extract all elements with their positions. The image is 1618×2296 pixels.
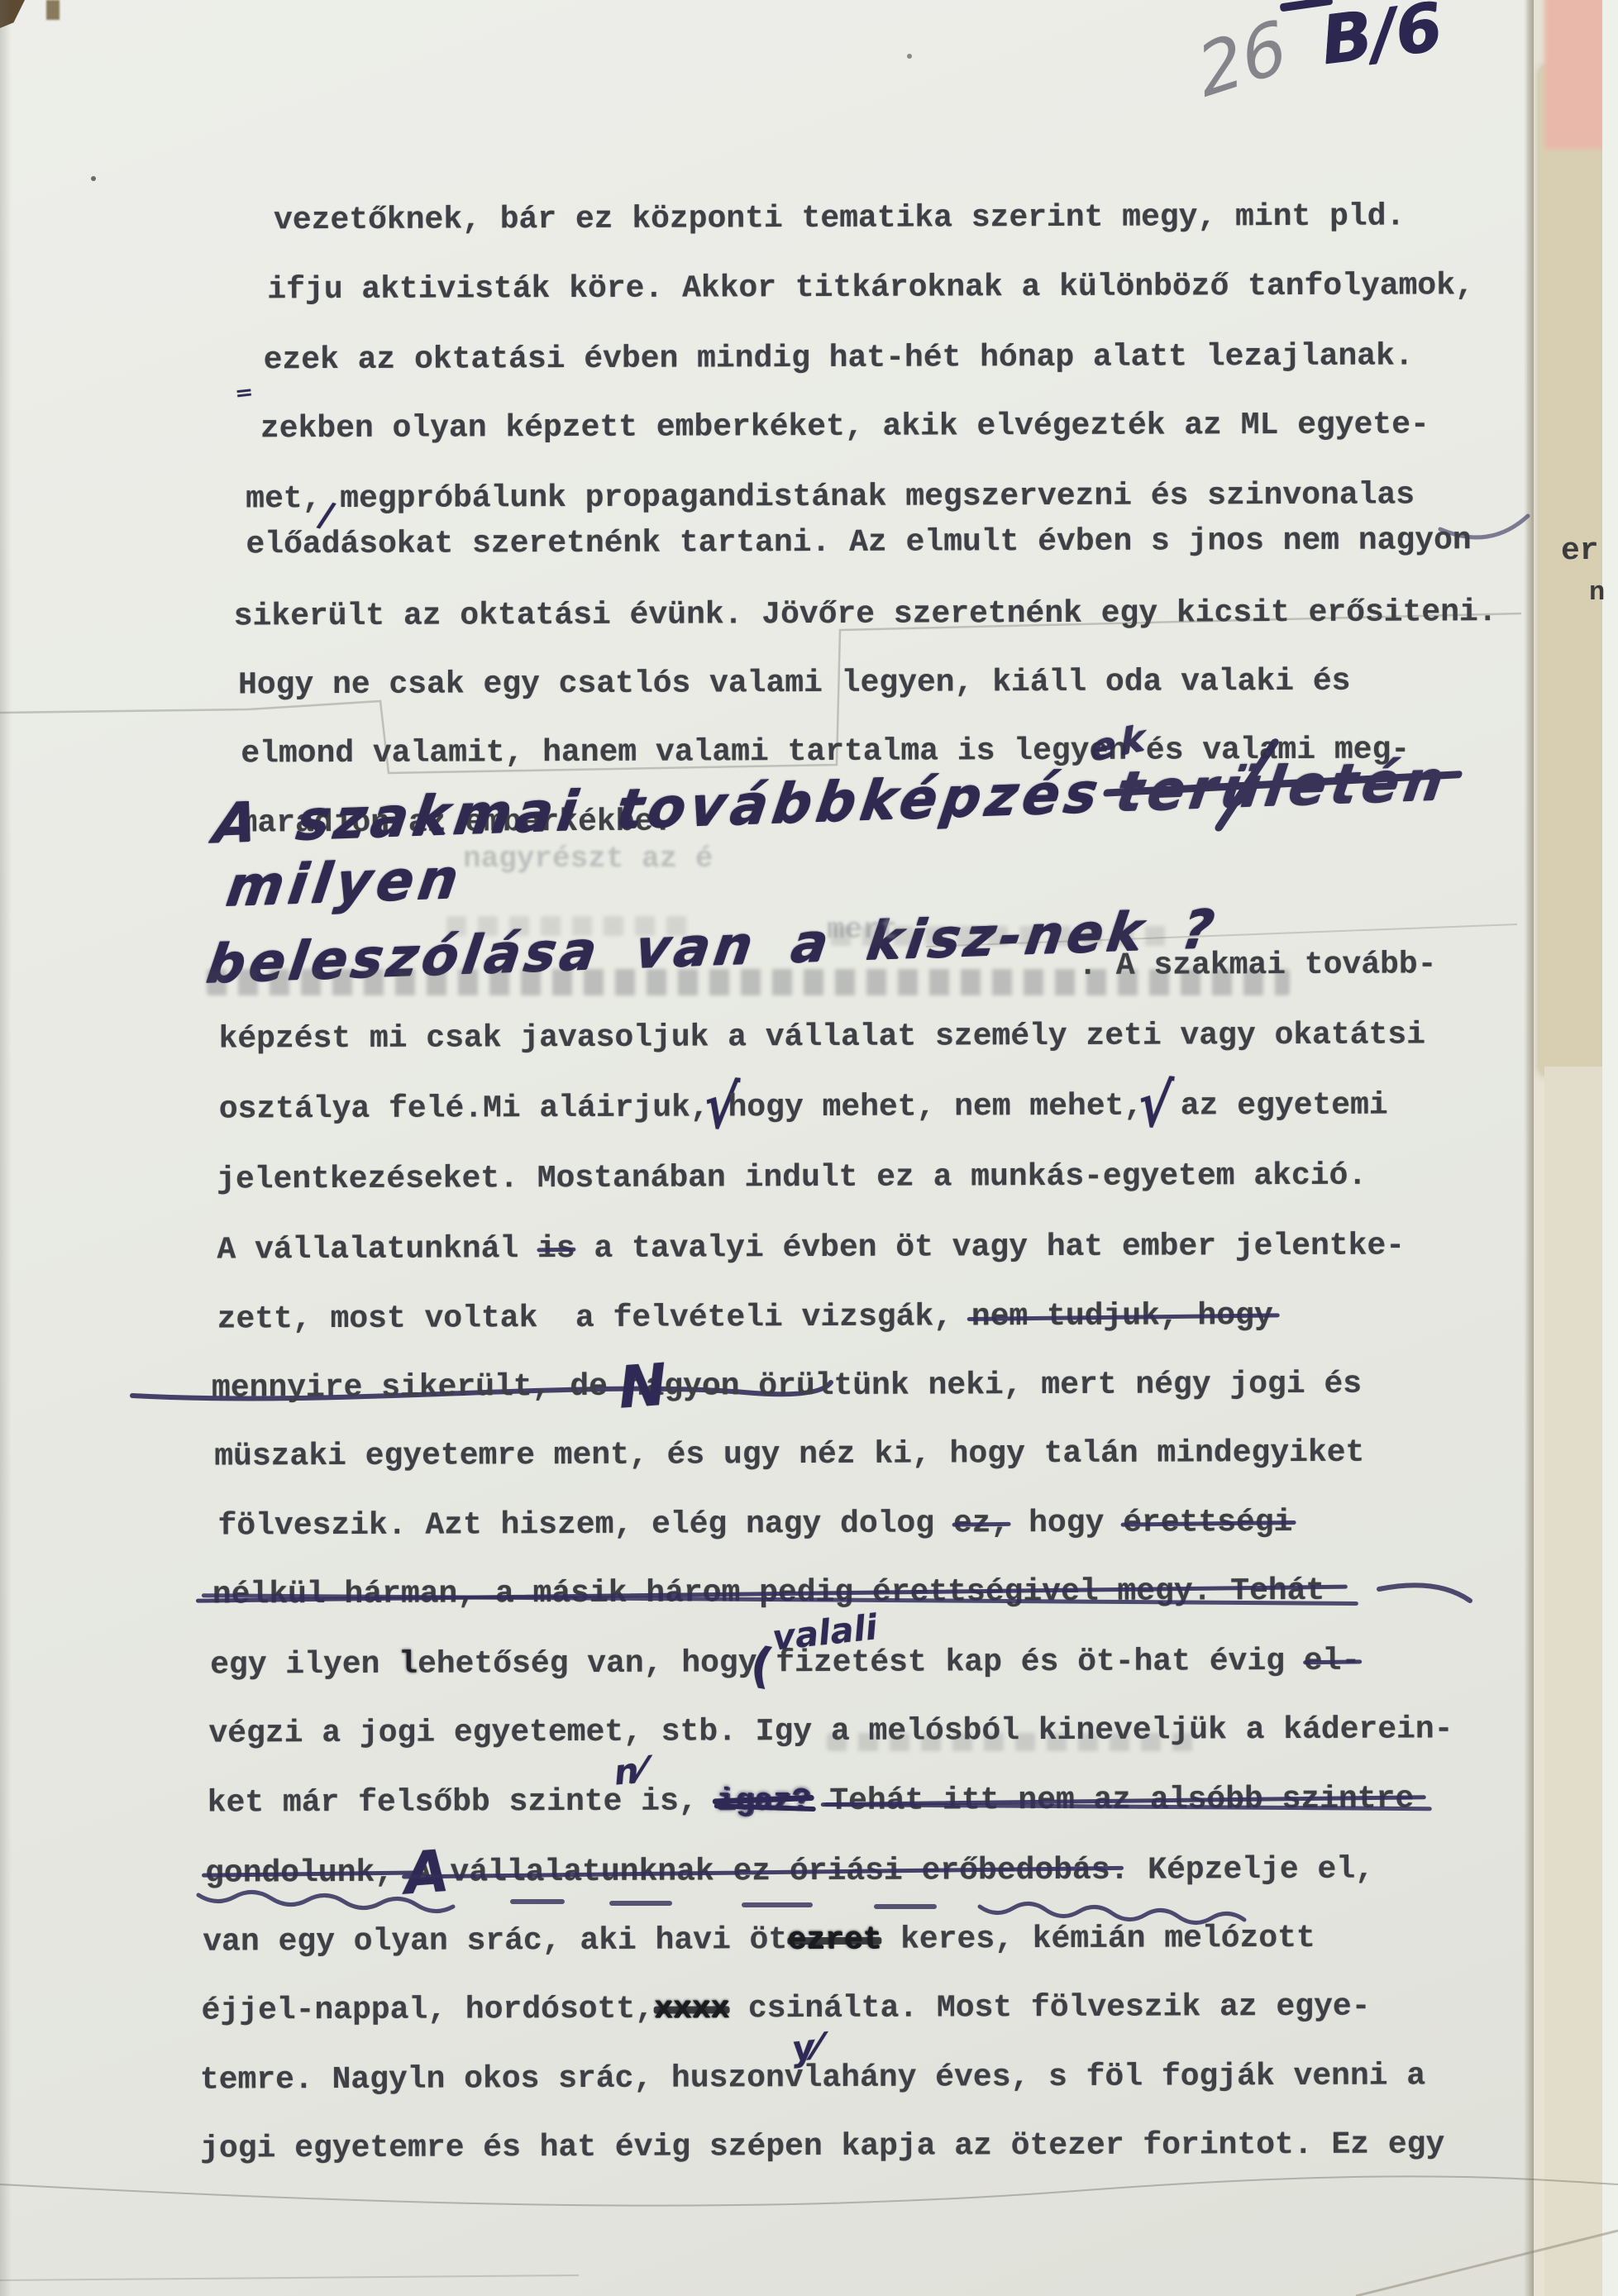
typed-segment: sikerült az oktatási évünk. Jövőre szere… <box>234 594 1497 634</box>
typed-segment: lahány éves, s föl fogják venni ay⁄ <box>804 2058 1426 2096</box>
pen-insertion: valali <box>771 1607 880 1659</box>
typed-segment: egy ilyen <box>210 1647 399 1683</box>
typed-segment-pstrike: ez, <box>953 1506 1010 1541</box>
underlying-page-text-fragment: n <box>1589 577 1605 608</box>
typed-line: ezek az oktatási évben mindig hat-hét hó… <box>264 338 1414 378</box>
typed-segment: ezek az oktatási évben mindig hat-hét hó… <box>264 338 1414 378</box>
typed-segment: zett, most voltak a felvételi vizsgák, <box>217 1299 971 1337</box>
typed-segment-pstrike: Tehát itt nem az alsóbb szintre <box>829 1781 1414 1818</box>
typed-line: jelentkezéseket. Mostanában indult ez a … <box>217 1158 1367 1198</box>
typed-line: osztálya felé.Mi aláirjuk,√ hogy mehet, … <box>219 1088 1388 1128</box>
typed-segment: fölveszik. Azt hiszem, elég nagy dolog <box>218 1506 954 1544</box>
typed-segment: ket már felsőbb szinte <box>208 1784 623 1821</box>
typed-segment: Hogy ne csak egy csatlós valami legyen, … <box>238 664 1351 704</box>
typed-line: egy ilyen lehetőség van, hogy fizetést k… <box>210 1644 1360 1683</box>
typed-segment: éjjel-nappal, hordósott, <box>202 1992 654 2029</box>
bleed-through-smudge <box>831 926 1170 946</box>
typed-line: jogi egyetemre és hat évig szépen kapja … <box>200 2127 1444 2166</box>
typed-line: van egy olyan srác, aki havi ötezret ker… <box>203 1921 1315 1960</box>
typed-line: ket már felsőbb szinte is, n⁄igaz? Tehát… <box>208 1781 1415 1821</box>
underlying-page-text-fragment: er <box>1561 533 1599 569</box>
typed-segment: osztálya felé.Mi aláirjuk,√ <box>219 1090 709 1127</box>
typed-line: müszaki egyetemre ment, és ugy néz ki, h… <box>214 1435 1364 1475</box>
typed-segment: fizetést kap és öt-hat évig valali( <box>776 1644 1304 1681</box>
typed-segment-pstrike: el- <box>1304 1644 1361 1679</box>
typed-line: mennyire sikerült, de nagyon örültünk ne… <box>212 1367 1362 1406</box>
typed-segment: csinálta. Most fölveszik az egye- <box>729 1989 1370 2027</box>
typed-line: képzést mi csak javasoljuk a vállalat sz… <box>218 1017 1425 1057</box>
pen-paren: ( <box>747 1635 778 1695</box>
typed-line: előadásokat szeretnénk tartani. Az elmul… <box>246 523 1471 562</box>
typed-segment <box>810 1783 829 1819</box>
typed-segment-pstrike: érettségi <box>1123 1505 1292 1541</box>
typed-segment: zekben olyan képzett emberkéket, akik el… <box>260 407 1429 446</box>
typed-segment: képzést mi csak javasoljuk a vállalat sz… <box>218 1017 1425 1057</box>
typed-text-layer: vezetőknek, bár ez központi tematika sze… <box>0 0 1618 2296</box>
typed-line: Hogy ne csak egy csatlós valami legyen, … <box>238 664 1351 704</box>
typed-segment: vezetőknek, bár ez központi tematika sze… <box>274 198 1405 238</box>
bleed-through-smudge <box>207 969 1290 995</box>
pen-insertion: ⁼ <box>233 378 255 420</box>
typed-line: gondolunk, A vállalatunknak ez óriási er… <box>205 1852 1374 1892</box>
typed-line: A vállalatunknál is a tavalyi évben öt v… <box>217 1228 1405 1267</box>
typed-segment: nagyon örültünk neki, mert négy jogi ésN <box>627 1367 1363 1405</box>
bleed-through-text: nagyrészt az é <box>463 842 713 876</box>
typed-line: met,/ megpróbálunk propagandistának megs… <box>246 477 1415 517</box>
typed-segment-blot: xxxx <box>654 1991 729 2026</box>
typed-segment-smudge: l <box>399 1647 418 1683</box>
typed-segment-pstrike: gondolunk, <box>205 1855 413 1892</box>
typed-line: zekben olyan képzett emberkéket, akik el… <box>260 407 1429 446</box>
typed-line: temre. Nagyln okos srác, huszonvlahány é… <box>200 2058 1425 2098</box>
typed-line: ifju aktivisták köre. Akkor titkároknak … <box>267 268 1474 308</box>
typed-segment: hogy <box>1009 1506 1123 1541</box>
typed-line: sikerült az oktatási évünk. Jövőre szere… <box>234 594 1497 634</box>
typed-segment: müszaki egyetemre ment, és ugy néz ki, h… <box>214 1435 1364 1475</box>
pen-insertion: n⁄ <box>612 1749 647 1793</box>
typed-segment: mennyire sikerült, <box>212 1369 551 1406</box>
typed-line: nélkül hárman, a másik három pedig érett… <box>212 1573 1325 1613</box>
typed-segment: A vállalatunknál <box>217 1231 537 1267</box>
bleed-through-smudge <box>446 916 694 936</box>
typed-segment-pstrike: nélkül hárman, a másik három pedig érett… <box>212 1573 1325 1613</box>
typed-line: éjjel-nappal, hordósott,xxxx csinálta. M… <box>202 1989 1371 2029</box>
typed-segment: előadásokat szeretnénk tartani. Az elmul… <box>246 523 1471 562</box>
typed-segment-pstrike: nem tudjuk, hogy <box>971 1298 1273 1334</box>
hw-text: milyen <box>222 847 467 919</box>
pen-insertion: y⁄ <box>790 2026 822 2069</box>
typed-segment: a tavalyi évben öt vagy hat ember jelent… <box>575 1228 1406 1267</box>
typed-segment: jelentkezéseket. Mostanában indult ez a … <box>217 1158 1367 1198</box>
typed-line: zett, most voltak a felvételi vizsgák, n… <box>217 1298 1273 1337</box>
typed-segment: ifju aktivisták köre. Akkor titkároknak … <box>267 268 1474 308</box>
typed-segment-pstrike: is <box>537 1231 575 1267</box>
typed-line: fölveszik. Azt hiszem, elég nagy dolog e… <box>218 1505 1293 1544</box>
typed-segment: az egyetemi <box>1143 1088 1388 1124</box>
bleed-through-smudge <box>827 1733 1199 1751</box>
typed-line: vezetőknek, bár ez központi tematika sze… <box>274 198 1405 238</box>
typed-segment: keres, kémián melózott <box>881 1921 1315 1958</box>
typed-segment: megpróbálunk propagandistának megszervez… <box>321 477 1415 517</box>
typed-segment: met,/ <box>246 481 321 517</box>
typed-segment-pstrike: A vállalatunknak ez óriási erőbedobásA <box>413 1853 1110 1891</box>
typed-segment: hogy mehet, nem mehet,√ <box>709 1089 1143 1126</box>
typed-segment-blot: ezret <box>787 1922 881 1958</box>
hw-struck-word: ekterületén <box>1112 748 1452 823</box>
scanned-document-page: 26 B/6 vezetőknek, bár ez központi temat… <box>0 0 1618 2296</box>
typed-segment: jogi egyetemre és hat évig szépen kapja … <box>200 2127 1444 2166</box>
typed-segment: temre. Nagyln okos srác, huszonv <box>200 2060 804 2098</box>
typed-segment: de <box>551 1369 626 1405</box>
typed-segment: ehetőség van, hogy <box>418 1645 776 1683</box>
typed-segment: is, n⁄ <box>622 1783 716 1819</box>
typed-segment: van egy olyan srác, aki havi öt <box>203 1922 787 1959</box>
typed-segment: . Képzelje el, <box>1110 1852 1374 1888</box>
typed-segment-scribble: igaz? <box>716 1783 810 1819</box>
